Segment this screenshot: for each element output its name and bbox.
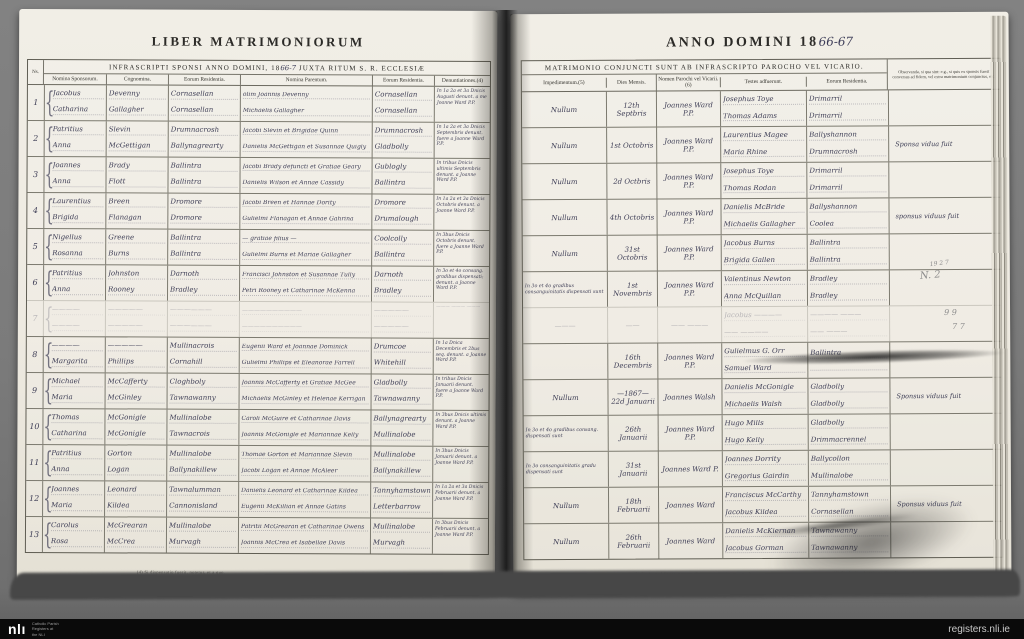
right-title-year-handwritten: 66-67: [819, 35, 854, 49]
spouse-name: Maria: [52, 395, 103, 404]
cell-lines: DarnothBradley: [170, 267, 237, 300]
witness-residence: Drimmacrennel: [811, 436, 888, 445]
cell-lines: ——————————: [374, 304, 431, 337]
couple-brace: {: [44, 373, 54, 407]
register-row: 12{JoannesMariaLeonardKildeaTawnalummanC…: [26, 480, 488, 518]
impedimentum-cell: Nullum: [524, 488, 608, 523]
cell-lines: Laurentius MageeMaria Rhine: [723, 128, 804, 161]
witnesses-cell: Laurentius MageeMaria Rhine: [720, 127, 806, 162]
register-row: Nullum—1867— 22d JanuariiJoannes WalshDa…: [523, 377, 1001, 416]
row-number: 9: [27, 373, 43, 408]
spouse-names-cell: {LaurentiusBrigida: [43, 193, 105, 228]
cell-lines: CloghbolyTawnawanny: [170, 375, 237, 408]
cell-lines: DrimarrilDrimarril: [809, 91, 886, 124]
spouse-surname: Johnston: [108, 270, 165, 279]
parents-cell: Caroli McGuire et Catharinae DavisJoanni…: [238, 410, 370, 446]
right-title-text: ANNO DOMINI 18: [666, 35, 819, 51]
spouse-name: Patritius: [53, 126, 104, 135]
cell-lines: McGrearanMcCrea: [107, 518, 164, 551]
cell-lines: DrumnacroshBallynagrearty: [171, 123, 238, 156]
witness-residence: Bradley: [810, 275, 887, 284]
witness-residences-cell: GladbollyDrimmacrennel: [808, 414, 890, 449]
cell-lines: BreenFlanagan: [108, 194, 165, 227]
surnames-cell: JohnstonRooney: [105, 265, 167, 300]
residences-cell: MullinalobeMurvagh: [166, 518, 238, 553]
register-row: 3{JoannesAnnaBradyFlottBallintraBallintr…: [27, 156, 489, 194]
cell-lines: MullinalobeMurvagh: [169, 519, 236, 552]
parent-names: Danielis Leonard et Catharinae Kildea: [241, 487, 368, 495]
parent-names: Caroli McGuire et Catharinae Davis: [241, 415, 368, 423]
parent-residence: Drumalough: [374, 216, 431, 225]
register-row: 16th DecembrisJoannes Ward P.P.Gulielmus…: [523, 341, 1001, 380]
witness-name: Brigida Gallen: [724, 256, 805, 265]
spouse-name: Thomas: [51, 414, 102, 423]
cell-lines: Joannes DorrityGregorius Gairdin: [725, 452, 806, 485]
parent-residence: Mullinalobe: [373, 432, 430, 441]
cell-lines: BallintraBallintra: [810, 235, 887, 268]
spouse-residence: Ballynakillew: [169, 467, 236, 476]
cell-lines: Jacobus BurnsBrigida Gallen: [724, 236, 805, 269]
spouse-name: Anna: [51, 467, 102, 476]
spouse-name: Patritius: [51, 450, 102, 459]
denuntiationes-note: In 3o et 4o consang. gradibus dispensati…: [433, 267, 489, 302]
witness-name: Danielis McGonigle: [724, 384, 805, 393]
parent-residences-cell: GladbollyTawnawanny: [371, 375, 433, 410]
register-row: In 3o et 4o gradibus consang. dispensati…: [524, 413, 1002, 452]
row-number: 12: [26, 481, 42, 516]
cell-lines: Joannis McCafferty et Gratiae McGeeMicha…: [242, 375, 369, 409]
parochus-cell: Joannes Walsh: [657, 379, 721, 414]
spouse-name: ————: [52, 323, 103, 332]
residences-cell: DromoreDromore: [167, 194, 239, 229]
parent-names: olim Joannis Devenny: [243, 91, 370, 99]
cell-lines: MullinalobeBallynakillew: [373, 448, 430, 481]
witnesses-cell: Josephus ToyeThomas Rodan: [720, 163, 806, 198]
parent-residences-cell: MullinalobeBallynakillew: [370, 447, 432, 482]
denuntiationes-note: In 1a 2a et 3a Dnicis Octobris denunt. a…: [433, 195, 489, 230]
spouse-names-cell: {PatritiusAnna: [44, 121, 106, 156]
denuntiationes-note: ——— ——— ———: [433, 303, 489, 338]
witness-residences-cell: BallyshannonDrumnacrosh: [806, 126, 888, 161]
parent-residence: Letterbarrow: [373, 504, 430, 513]
spouse-surname: —————: [108, 342, 165, 351]
right-page-title: ANNO DOMINI 1866-67: [511, 34, 1009, 53]
spouse-residence: Ballintra: [170, 251, 237, 260]
spouse-surname: Flanagan: [108, 215, 165, 224]
left-page-title: LIBER MATRIMONIORUM: [19, 33, 497, 51]
witness-name: Anna McQuillan: [724, 292, 805, 301]
observation-note: [888, 90, 1000, 126]
parent-names: Eugenii McKillian et Annae Gatins: [241, 504, 368, 512]
witness-residence: Ballycollon: [811, 455, 888, 464]
parent-residences-cell: DrumnacroshGladbolly: [372, 123, 434, 158]
spouse-name: Catharina: [53, 107, 104, 116]
column-header: Nomen Parochi vel Vicarii.(6): [656, 74, 720, 90]
spouse-residence: Murvagh: [169, 539, 236, 548]
denuntiationes-note: In 1a 2a et 3a Dnicis Februarii denunt. …: [432, 483, 488, 518]
witness-residences-cell: BallyshannonCoolea: [806, 198, 888, 233]
row-number: 7: [27, 301, 43, 336]
couple-brace: {: [43, 481, 53, 515]
observation-note: [890, 414, 1002, 450]
couple-brace: {: [44, 229, 54, 263]
denuntiationes-note: In 3bus Dnicis Octobris denunt. fuere a …: [433, 231, 489, 266]
cell-lines: ————————————————————: [242, 303, 369, 337]
parents-cell: Francisci Johnston et Susannae TullyPetr…: [239, 266, 371, 302]
parent-residence: Coolcolly: [374, 235, 431, 244]
spouse-surname: McGettigan: [109, 143, 166, 152]
register-row: 1{JacobusCatharinaDevennyGallagherCornas…: [28, 85, 490, 122]
parent-names: Jacobi Breen et Hannae Dority: [242, 199, 369, 207]
cell-lines: JoannesAnna: [52, 158, 103, 191]
parents-cell: Danielis Leonard et Catharinae KildeaEug…: [238, 482, 370, 518]
spouse-names-cell: {PatritiusAnna: [42, 445, 104, 480]
denuntiationes-note: In tribus Dnicis Januarii denunt. fuere …: [433, 375, 489, 410]
dies-mensis-cell: 31st Octobris: [607, 236, 657, 271]
witness-name: Josephus Toye: [723, 168, 804, 177]
residences-cell: DarnothBradley: [167, 266, 239, 301]
register-row: 11{PatritiusAnnaGortonLoganMullinalobeBa…: [26, 444, 488, 482]
witness-name: Josephus Toye: [723, 96, 804, 105]
spouse-residence: Mullinalobe: [169, 451, 236, 460]
witness-residence: Drimarril: [809, 184, 886, 193]
couple-brace: {: [45, 85, 55, 119]
parochus-cell: Joannes Ward P.P.: [658, 415, 722, 450]
spouse-residence: Ballintra: [171, 163, 238, 172]
observation-note: [889, 270, 1001, 306]
spouse-residence: Cannonisland: [169, 503, 236, 512]
witness-residences-cell: BradleyBradley: [807, 270, 889, 305]
impedimentum-cell: In 3o et 4o gradibus consanguinitatis di…: [523, 272, 607, 307]
cell-lines: ————————————: [170, 303, 237, 336]
denuntiationes-note: In 3bus Dnicis Februarii denunt. a Joann…: [432, 519, 488, 554]
right-column-headers: Impedimentum.(5)Dies Mensis.Nomen Paroch…: [522, 73, 887, 91]
parent-residence: Darnoth: [374, 271, 431, 280]
spouse-name: ————: [52, 342, 103, 351]
spouse-names-cell: {————Margarita: [43, 337, 105, 372]
left-table-rows: 1{JacobusCatharinaDevennyGallagherCornas…: [26, 85, 490, 554]
cell-lines: DrumcoeWhitehill: [374, 340, 431, 373]
cell-lines: Patritii McGrearan et Catharinae OwensJo…: [241, 519, 368, 553]
cell-lines: GladbollyGladbolly: [810, 379, 887, 412]
witness-residences-cell: DrimarrilDrimarril: [806, 162, 888, 197]
cell-lines: BallyshannonCoolea: [809, 199, 886, 232]
couple-brace: {: [45, 121, 55, 155]
parent-residence: Ballintra: [374, 180, 431, 189]
column-header: Nomina Parentum.: [240, 75, 372, 86]
spouse-name: Rosanna: [52, 251, 103, 260]
pencil-mark: 9 9: [944, 308, 957, 317]
spouse-names-cell: {ThomasCatharina: [42, 409, 104, 444]
denuntiationes-note: In 3bus Dnicis ultimis denunt. a Joanne …: [432, 411, 488, 446]
cell-lines: DarnothBradley: [374, 268, 431, 301]
parent-names: Petri Rooney et Catharinae McKenna: [242, 288, 369, 296]
cell-lines: McGonigleMcGonigle: [107, 410, 164, 443]
parent-residences-cell: DarnothBradley: [371, 267, 433, 302]
parent-residences-cell: DrumcoeWhitehill: [371, 339, 433, 374]
left-page: LIBER MATRIMONIORUM Ns. INFRASCRIPTI SPO…: [17, 9, 498, 589]
spouse-residence: Tawnalumman: [169, 487, 236, 496]
row-number: 13: [26, 517, 42, 552]
spouse-surname: McCrea: [107, 539, 164, 548]
caption-line: the NLI: [32, 632, 59, 637]
cell-lines: BallycollonMullinalobe: [811, 451, 888, 484]
dies-mensis-cell: 4th Octobris: [606, 200, 656, 235]
parents-cell: Jacobi Slevin et Brigidae QuinnDanielis …: [240, 122, 372, 158]
parent-names: Joannis McCafferty et Gratiae McGee: [242, 379, 369, 387]
register-row: 10{ThomasCatharinaMcGonigleMcGonigleMull…: [26, 408, 488, 446]
spouse-name: ————: [52, 306, 103, 315]
impedimentum-cell: Nullum: [522, 92, 606, 127]
column-header: Testes adfuerunt.: [720, 77, 806, 87]
spouse-residence: ——————: [170, 307, 237, 316]
parent-residence: Ballintra: [374, 252, 431, 261]
cell-lines: Danielis Leonard et Catharinae KildeaEug…: [241, 483, 368, 517]
register-row: 6{PatritiusAnnaJohnstonRooneyDarnothBrad…: [27, 264, 489, 302]
spouse-surname: Gorton: [107, 450, 164, 459]
nli-logo-caption: Catholic Parish Registers at the NLI: [32, 621, 59, 637]
spouse-surname: Devenny: [109, 90, 166, 99]
residences-cell: ————————————: [167, 302, 239, 337]
residences-cell: CloghbolyTawnawanny: [167, 374, 239, 409]
witnesses-cell: Danielis McBrideMichaelis Gallagher: [720, 199, 806, 234]
spouse-surname: McGonigle: [107, 414, 164, 423]
cell-lines: PatritiusAnna: [51, 446, 102, 479]
cell-lines: CarolusRosa: [51, 518, 102, 551]
pencil-mark: N. 2: [919, 269, 941, 282]
witness-residence: Gladbolly: [811, 400, 888, 409]
cell-lines: — gratiae filius —Gulielmi Burns et Mari…: [242, 231, 369, 265]
spouse-name: Maria: [51, 503, 102, 512]
residences-cell: BallintraBallintra: [167, 230, 239, 265]
parent-residence: Ballynagrearty: [373, 415, 430, 424]
spouse-residence: Tawnawanny: [170, 395, 237, 404]
cell-lines: BallyshannonDrumnacrosh: [809, 127, 886, 160]
spouse-residence: Ballintra: [170, 235, 237, 244]
parent-residence: Dromore: [374, 199, 431, 208]
cell-lines: TawnalummanCannonisland: [169, 483, 236, 516]
right-table-header: MATRIMONIO CONJUNCTI SUNT AB INFRASCRIPT…: [522, 59, 1000, 93]
row-number: 3: [27, 157, 43, 192]
parent-names: Danielis McGettigan et Susannae Quigly: [243, 144, 370, 152]
surnames-cell: LeonardKildea: [104, 481, 166, 516]
spouse-names-cell: {CarolusRosa: [42, 517, 104, 552]
parent-names: Michaelis Gallagher: [243, 108, 370, 116]
spouse-name: Anna: [53, 143, 104, 152]
surnames-cell: McGrearanMcCrea: [104, 517, 166, 552]
left-column-headers: Nomina Sponsorum.Cognomina.Eorum Residen…: [44, 74, 490, 86]
cell-lines: ————Margarita: [52, 338, 103, 371]
left-register-table: Ns. INFRASCRIPTI SPONSI ANNO DOMINI, 186…: [25, 59, 491, 555]
residences-cell: TawnalummanCannonisland: [166, 482, 238, 517]
cell-lines: Josephus ToyeThomas Adams: [723, 92, 804, 125]
couple-brace: {: [43, 517, 53, 551]
witness-name: Thomas Adams: [723, 112, 804, 121]
parents-cell: Thomae Gorton et Mariannae SlevinJacobi …: [238, 446, 370, 482]
spouse-names-cell: {MichaelMaria: [43, 373, 105, 408]
cell-lines: MichaelMaria: [52, 374, 103, 407]
spouse-name: Jacobus: [53, 90, 104, 99]
parochus-cell: —— ———: [657, 307, 721, 342]
spouse-residence: Dromore: [170, 215, 237, 224]
spouse-residence: Ballintra: [170, 179, 237, 188]
parent-residences-cell: GubloglyBallintra: [371, 159, 433, 194]
spouse-name: Patritius: [52, 270, 103, 279]
witness-name: Jacobus ————: [724, 312, 805, 321]
spouse-surname: McGinley: [108, 395, 165, 404]
right-header-left: MATRIMONIO CONJUNCTI SUNT AB INFRASCRIPT…: [522, 59, 888, 91]
surnames-cell: GortonLogan: [104, 445, 166, 480]
parochus-cell: Joannes Ward P.P.: [656, 91, 720, 126]
cell-lines: BallintraBallintra: [170, 159, 237, 192]
row-number: 2: [28, 121, 44, 156]
spouse-name: Anna: [52, 287, 103, 296]
spouse-residence: Tawnacrois: [169, 431, 236, 440]
parochus-cell: Joannes Ward P.P.: [656, 199, 720, 234]
witness-name: Maria Rhine: [723, 148, 804, 157]
parent-names: Francisci Johnston et Susannae Tully: [242, 271, 369, 279]
witness-residence: Drimarril: [809, 167, 886, 176]
cell-lines: GreeneBurns: [108, 230, 165, 263]
spouse-residence: Bradley: [170, 287, 237, 296]
denuntiationes-note: In 1a 2a et 3a Dnicis Augusti denunt. a …: [434, 87, 490, 122]
parents-cell: Eugenii Ward et Joannae DominickGulielmi…: [239, 338, 371, 374]
register-row: 9{MichaelMariaMcCaffertyMcGinleyCloghbol…: [27, 372, 489, 410]
parent-residence: Drumnacrosh: [375, 127, 432, 136]
left-header-right: INFRASCRIPTI SPONSI ANNO DOMINI, 1866-7 …: [44, 60, 490, 86]
residences-cell: CornasellanCornasellan: [168, 86, 240, 121]
surnames-cell: SlevinMcGettigan: [106, 121, 168, 156]
witness-residence: ———— ———: [810, 311, 887, 320]
spouse-surname: Burns: [108, 251, 165, 260]
cell-lines: MullinalobeTawnacrois: [169, 411, 236, 444]
register-row: Nullum2d OctbrisJoannes Ward P.P.Josephu…: [522, 161, 1000, 200]
impedimentum-cell: [523, 344, 607, 379]
cell-lines: MullinalobeMurvagh: [373, 520, 430, 553]
spouse-residence: Cloghboly: [170, 379, 237, 388]
parochus-cell: Joannes Ward P.: [658, 451, 722, 486]
impedimentum-cell: In 3o et 4o gradibus consang. dispensati…: [524, 416, 608, 451]
register-row: 2{PatritiusAnnaSlevinMcGettiganDrumnacro…: [28, 120, 490, 158]
observation-note: [888, 162, 1000, 198]
cell-lines: BradyFlott: [108, 158, 165, 191]
witness-name: Hugo Mills: [725, 420, 806, 429]
couple-brace: {: [44, 157, 54, 191]
cell-lines: Valentinus NewtonAnna McQuillan: [724, 272, 805, 305]
denuntiationes-note: In 3bus Dnicis Januarii denunt. a Joanne…: [432, 447, 488, 482]
column-header-observations: Observanda, si qua sint: e.g., si quis e…: [888, 65, 1000, 82]
cell-lines: —————Phillips: [108, 338, 165, 371]
witness-residence: Ballintra: [810, 239, 887, 248]
dies-mensis-cell: 1st Novembris: [607, 272, 657, 307]
spouse-name: Anna: [52, 179, 103, 188]
row-number: 4: [27, 193, 43, 228]
denuntiationes-note: In tribus Dnicis ultimis Septembris denu…: [433, 159, 489, 194]
couple-brace: {: [44, 337, 54, 371]
parent-residence: Cornasellan: [375, 108, 432, 117]
spouse-name: Nigellus: [52, 234, 103, 243]
cell-lines: Danielis McBrideMichaelis Gallagher: [723, 200, 804, 233]
surnames-cell: McGonigleMcGonigle: [104, 409, 166, 444]
spouse-names-cell: {NigellusRosanna: [43, 229, 105, 264]
cell-lines: Josephus ToyeThomas Rodan: [723, 164, 804, 197]
cell-lines: Jacobi Breen et Hannae DorityGulielmi Fl…: [242, 195, 369, 229]
row-number: 10: [26, 409, 42, 444]
cell-lines: Jacobi Slevin et Brigidae QuinnDanielis …: [243, 123, 370, 157]
spouse-surname: Slevin: [109, 126, 166, 135]
dies-mensis-cell: 26th Januarii: [608, 416, 658, 451]
band-year-handwritten: 66-7: [280, 64, 296, 72]
row-number: 1: [28, 85, 44, 120]
spouse-name: Rosa: [51, 539, 102, 548]
spouse-surname: Kildea: [107, 503, 164, 512]
spouse-residence: Mullinalobe: [169, 415, 236, 424]
cell-lines: GladbollyDrimmacrennel: [811, 415, 888, 448]
parents-cell: Jacobi Brady defuncti et Gratiae GearyDa…: [239, 158, 371, 194]
parent-residences-cell: DromoreDrumalough: [371, 195, 433, 230]
band-prefix: INFRASCRIPTI SPONSI ANNO DOMINI, 18: [109, 63, 280, 72]
dies-mensis-cell: 2d Octbris: [606, 164, 656, 199]
parent-residences-cell: MullinalobeMurvagh: [370, 519, 432, 554]
couple-brace: {: [44, 301, 54, 335]
spouse-surname: Phillips: [108, 359, 165, 368]
row-number: 8: [27, 337, 43, 372]
book-spine-shadow: [492, 10, 518, 590]
witness-residence: —— ———: [810, 328, 887, 337]
couple-brace: {: [43, 445, 53, 479]
parochus-cell: Joannes Ward: [658, 487, 722, 522]
column-header: Nomina Sponsorum.: [44, 74, 106, 84]
spouse-surname: Flott: [108, 179, 165, 188]
parent-residence: —————: [374, 307, 431, 316]
witness-residences-cell: BallycollonMullinalobe: [808, 450, 890, 485]
surnames-cell: BreenFlanagan: [105, 193, 167, 228]
nli-logo: nlı: [8, 622, 26, 636]
observation-note: sponsus viduus fuit: [888, 198, 1000, 234]
spouse-name: Carolus: [51, 522, 102, 531]
witness-residence: Mullinalobe: [811, 472, 888, 481]
column-header-number: Ns.: [28, 60, 44, 84]
parent-names: Gulielmi Phillips et Eleanorae Farrell: [242, 360, 369, 368]
impedimentum-cell: Nullum: [522, 164, 606, 199]
register-row: Nullum4th OctobrisJoannes Ward P.P.Danie…: [522, 197, 1000, 236]
parent-residences-cell: CornasellanCornasellan: [372, 87, 434, 122]
couple-brace: {: [44, 265, 54, 299]
dies-mensis-cell: 1st Octobris: [606, 128, 656, 163]
witness-residences-cell: GladbollyGladbolly: [807, 378, 889, 413]
register-row: Nullum12th SeptbrisJoannes Ward P.P.Jose…: [522, 90, 1000, 128]
cell-lines: Caroli McGuire et Catharinae DavisJoanni…: [241, 411, 368, 445]
register-row: 7{——————————————————————————————————————…: [27, 300, 489, 338]
parent-names: Eugenii Ward et Joannae Dominick: [242, 343, 369, 351]
column-header: Dies Mensis.: [606, 78, 656, 88]
observation-note: Sponsa vidua fuit: [888, 126, 1000, 162]
register-row: 4{LaurentiusBrigidaBreenFlanaganDromoreD…: [27, 192, 489, 230]
parents-cell: Patritii McGrearan et Catharinae OwensJo…: [238, 518, 370, 554]
witness-name: Thomas Rodan: [723, 184, 804, 193]
spouse-surname: —————: [108, 306, 165, 315]
surnames-cell: DevennyGallagher: [106, 85, 168, 120]
parent-names: Jacobi Logan et Annae McAleer: [241, 468, 368, 476]
spouse-name: Laurentius: [52, 198, 103, 207]
impedimentum-cell: Nullum: [522, 200, 606, 235]
witness-name: Hugo Kelly: [725, 436, 806, 445]
cell-lines: TannyhamstownLetterbarrow: [373, 484, 430, 517]
register-row: 8{————Margarita—————PhillipsMullinacrois…: [27, 336, 489, 374]
cell-lines: Danielis McGonigleMichaelis Walsh: [724, 380, 805, 413]
parent-residence: Ballynakillew: [373, 468, 430, 477]
parent-residences-cell: CoolcollyBallintra: [371, 231, 433, 266]
